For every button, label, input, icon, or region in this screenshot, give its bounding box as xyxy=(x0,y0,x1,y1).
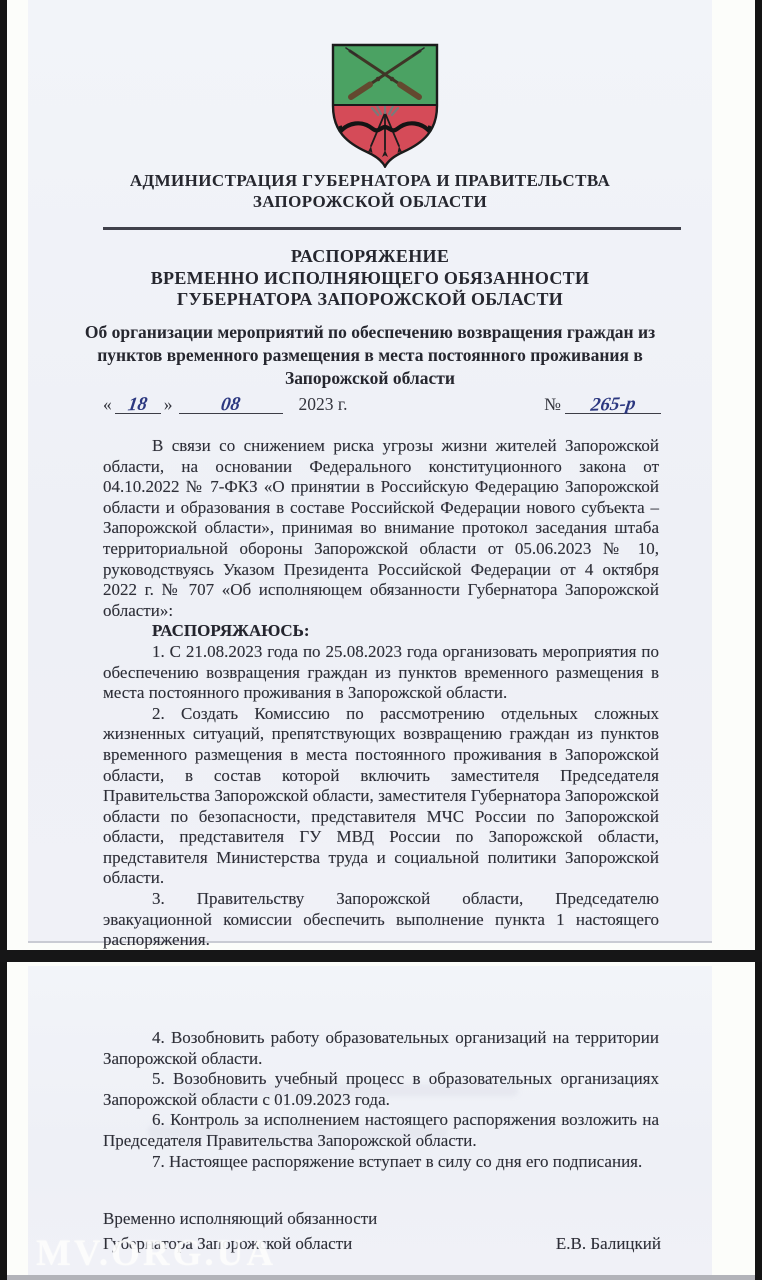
handwritten-number: 265-р xyxy=(590,396,637,414)
handwritten-day: 18 xyxy=(127,397,148,414)
order-item-1: 1. С 21.08.2023 года по 25.08.2023 года … xyxy=(103,642,659,704)
day-field: 18 xyxy=(115,396,161,414)
document-title: РАСПОРЯЖЕНИЕ ВРЕМЕННО ИСПОЛНЯЮЩЕГО ОБЯЗА… xyxy=(28,246,712,311)
month-field: 08 xyxy=(179,396,283,414)
paper-sheet-2: 4. Возобновить работу образовательных ор… xyxy=(28,966,712,1280)
page-separator-band xyxy=(0,950,762,962)
paper-sheet-1: АДМИНИСТРАЦИЯ ГУБЕРНАТОРА И ПРАВИТЕЛЬСТВ… xyxy=(28,0,712,943)
order-item-7: 7. Настоящее распоряжение вступает в сил… xyxy=(103,1152,659,1173)
signatory-position-line-1: Временно исполняющий обязанности xyxy=(103,1206,377,1231)
handwritten-month: 08 xyxy=(220,397,241,414)
order-item-4: 4. Возобновить работу образовательных ор… xyxy=(103,1028,659,1069)
organization-line-1: АДМИНИСТРАЦИЯ ГУБЕРНАТОРА И ПРАВИТЕЛЬСТВ… xyxy=(28,171,712,192)
order-item-3: 3. Правительству Запорожской области, Пр… xyxy=(103,889,659,951)
document-title-line-1: РАСПОРЯЖЕНИЕ xyxy=(28,246,712,268)
order-item-6: 6. Контроль за исполнением настоящего ра… xyxy=(103,1110,659,1151)
signature-block: Временно исполняющий обязанности Губерна… xyxy=(103,1206,661,1256)
year-label: 2023 г. xyxy=(299,394,348,414)
quote-open: « xyxy=(103,394,112,414)
signatory-position: Временно исполняющий обязанности Губерна… xyxy=(103,1206,377,1256)
order-item-2: 2. Создать Комиссию по рассмотрению отде… xyxy=(103,704,659,889)
signatory-name: Е.В. Балицкий xyxy=(556,1231,661,1256)
document-body-page2: 4. Возобновить работу образовательных ор… xyxy=(103,1028,659,1172)
order-word: РАСПОРЯЖАЮСЬ: xyxy=(103,621,659,642)
signatory-position-line-2: Губернатора Запорожской области xyxy=(103,1231,377,1256)
order-item-5: 5. Возобновить учебный процесс в образов… xyxy=(103,1069,659,1110)
preamble-paragraph: В связи со снижением риска угрозы жизни … xyxy=(103,436,659,621)
number-sign: № xyxy=(544,394,561,414)
coat-of-arms-icon xyxy=(326,40,444,168)
organization-line-2: ЗАПОРОЖСКОЙ ОБЛАСТИ xyxy=(28,192,712,213)
document-number: №265-р xyxy=(544,394,661,415)
organization-header: АДМИНИСТРАЦИЯ ГУБЕРНАТОРА И ПРАВИТЕЛЬСТВ… xyxy=(28,171,712,212)
quote-close: » xyxy=(164,394,173,414)
document-subject: Об организации мероприятий по обеспечени… xyxy=(60,321,680,390)
header-divider-line xyxy=(103,227,681,230)
number-field: 265-р xyxy=(565,396,661,414)
document-title-line-2: ВРЕМЕННО ИСПОЛНЯЮЩЕГО ОБЯЗАННОСТИ xyxy=(28,268,712,290)
document-date: «18»082023 г. xyxy=(103,394,347,415)
document-body-page1: В связи со снижением риска угрозы жизни … xyxy=(103,436,659,951)
scanned-page-1: АДМИНИСТРАЦИЯ ГУБЕРНАТОРА И ПРАВИТЕЛЬСТВ… xyxy=(7,0,755,950)
date-and-number-row: «18»082023 г. №265-р xyxy=(103,394,661,415)
document-title-line-3: ГУБЕРНАТОРА ЗАПОРОЖСКОЙ ОБЛАСТИ xyxy=(28,289,712,311)
image-bottom-crop-edge xyxy=(7,1275,755,1280)
scanned-page-2: 4. Возобновить работу образовательных ор… xyxy=(7,962,755,1280)
